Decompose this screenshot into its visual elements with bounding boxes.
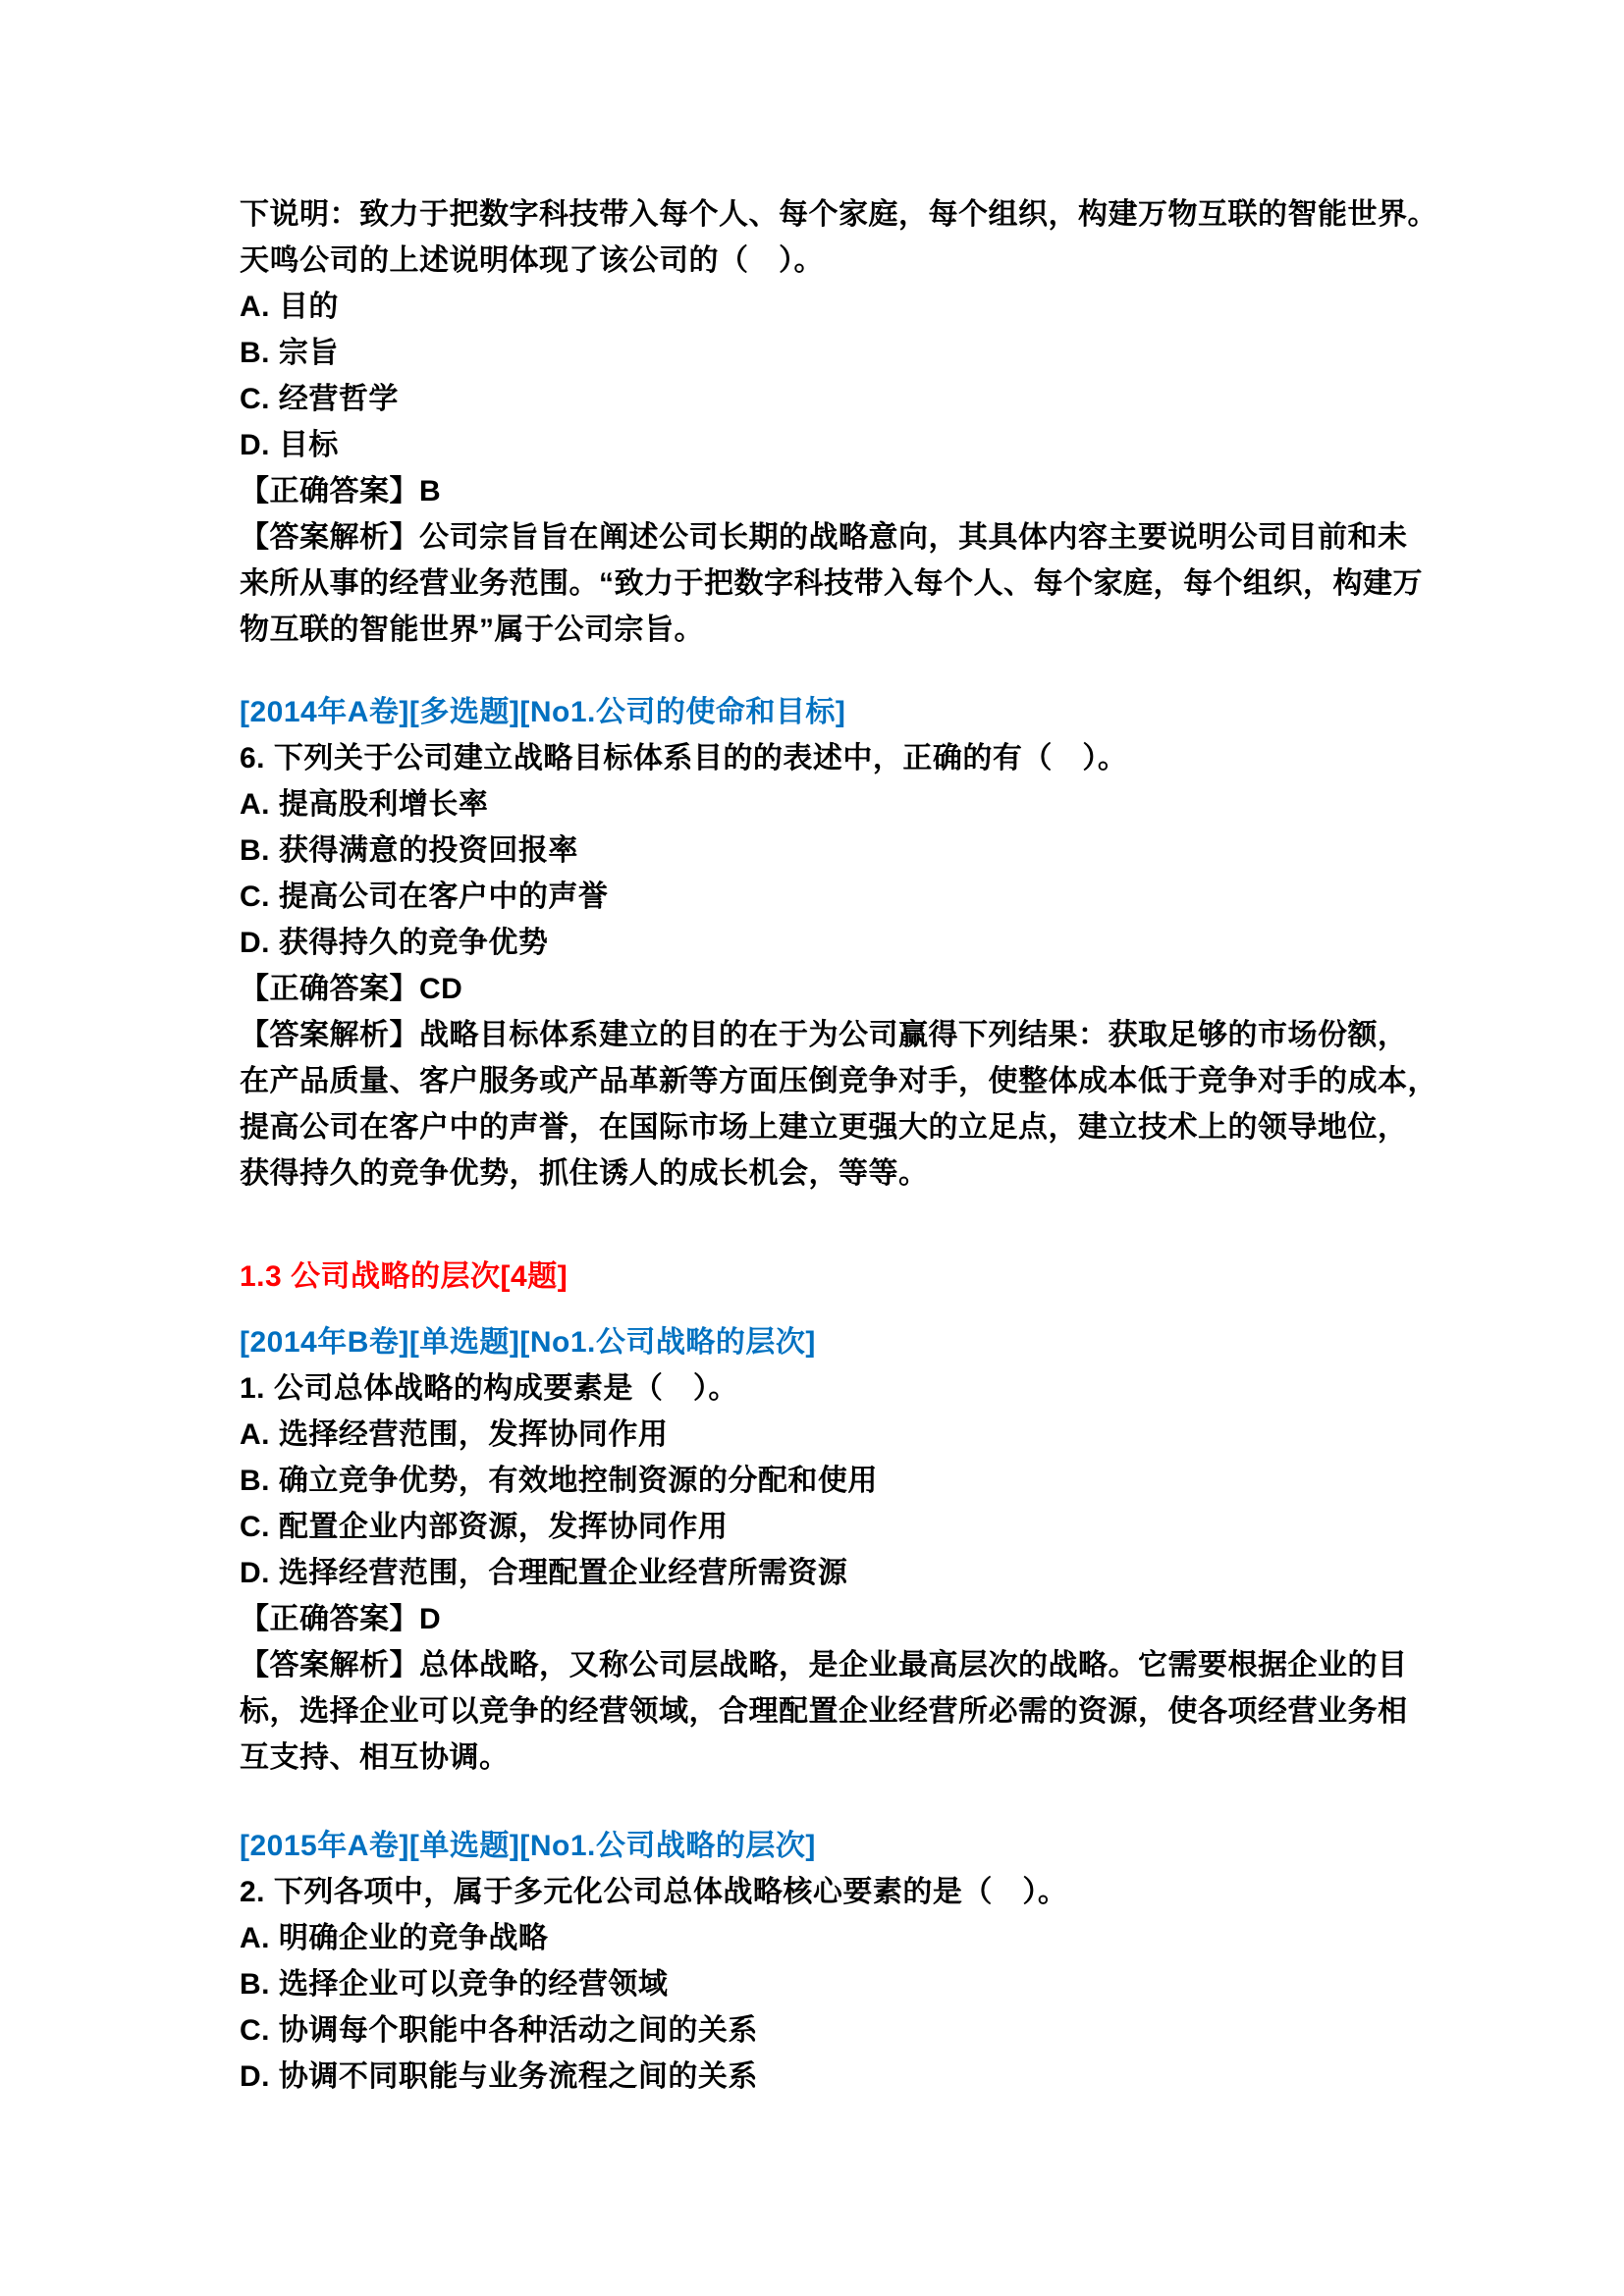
q1-analysis: 【答案解析】总体战略，又称公司层战略，是企业最高层次的战略。它需要根据企业的目标… xyxy=(240,1642,1565,1781)
q6-stem-text: 6. 下列关于公司建立战略目标体系目的的表述中，正确的有（ ）。 xyxy=(240,735,1565,781)
tag-header-2014B: [2014年B卷][单选题][No1.公司战略的层次] xyxy=(240,1319,1565,1365)
q5-stem-continuation-line-2: 天鸣公司的上述说明体现了该公司的（ ）。 xyxy=(240,238,1565,284)
q5-stem-continuation: 下说明：致力于把数字科技带入每个人、每个家庭，每个组织，构建万物互联的智能世界。… xyxy=(240,191,1565,284)
q2-options-line-1: A. 明确企业的竞争战略 xyxy=(240,1915,1565,1961)
q1-answer-text: 【正确答案】D xyxy=(240,1596,1565,1642)
q6-analysis-line-1: 【答案解析】战略目标体系建立的目的在于为公司赢得下列结果：获取足够的市场份额， xyxy=(240,1012,1565,1058)
tag-header-2014A-text: [2014年A卷][多选题][No1.公司的使命和目标] xyxy=(240,689,1565,735)
q1-analysis-line-3: 互支持、相互协调。 xyxy=(240,1735,1565,1781)
q2-stem-text: 2. 下列各项中，属于多元化公司总体战略核心要素的是（ ）。 xyxy=(240,1869,1565,1915)
q1-options-line-1: A. 选择经营范围，发挥协同作用 xyxy=(240,1412,1565,1458)
q2-options-line-4: D. 协调不同职能与业务流程之间的关系 xyxy=(240,2054,1565,2100)
q6-analysis-line-2: 在产品质量、客户服务或产品革新等方面压倒竞争对手，使整体成本低于竞争对手的成本， xyxy=(240,1058,1565,1104)
q6-options-line-4: D. 获得持久的竞争优势 xyxy=(240,920,1565,966)
tag-header-2015A: [2015年A卷][单选题][No1.公司战略的层次] xyxy=(240,1823,1565,1869)
q1-answer: 【正确答案】D xyxy=(240,1596,1565,1642)
q6-analysis-line-3: 提高公司在客户中的声誉，在国际市场上建立更强大的立足点，建立技术上的领导地位， xyxy=(240,1104,1565,1150)
q1-options-line-2: B. 确立竞争优势，有效地控制资源的分配和使用 xyxy=(240,1458,1565,1504)
q6-analysis-line-4: 获得持久的竞争优势，抓住诱人的成长机会，等等。 xyxy=(240,1150,1565,1197)
q1-stem-text: 1. 公司总体战略的构成要素是（ ）。 xyxy=(240,1365,1565,1412)
q1-options-line-4: D. 选择经营范围，合理配置企业经营所需资源 xyxy=(240,1550,1565,1596)
q5-options-line-3: C. 经营哲学 xyxy=(240,376,1565,422)
tag-header-2014A: [2014年A卷][多选题][No1.公司的使命和目标] xyxy=(240,689,1565,735)
q6-options-line-3: C. 提高公司在客户中的声誉 xyxy=(240,874,1565,920)
q5-options: A. 目的B. 宗旨C. 经营哲学D. 目标 xyxy=(240,284,1565,468)
tag-header-2015A-text: [2015年A卷][单选题][No1.公司战略的层次] xyxy=(240,1823,1565,1869)
document-page: 下说明：致力于把数字科技带入每个人、每个家庭，每个组织，构建万物互联的智能世界。… xyxy=(0,0,1624,2296)
q6-options: A. 提高股利增长率B. 获得满意的投资回报率C. 提高公司在客户中的声誉D. … xyxy=(240,781,1565,966)
tag-header-2014B-text: [2014年B卷][单选题][No1.公司战略的层次] xyxy=(240,1319,1565,1365)
q5-analysis-line-2: 来所从事的经营业务范围。“致力于把数字科技带入每个人、每个家庭，每个组织，构建万 xyxy=(240,561,1565,607)
q6-analysis: 【答案解析】战略目标体系建立的目的在于为公司赢得下列结果：获取足够的市场份额，在… xyxy=(240,1012,1565,1197)
q6-options-line-1: A. 提高股利增长率 xyxy=(240,781,1565,828)
q1-options: A. 选择经营范围，发挥协同作用B. 确立竞争优势，有效地控制资源的分配和使用C… xyxy=(240,1412,1565,1596)
q2-options-line-2: B. 选择企业可以竞争的经营领域 xyxy=(240,1961,1565,2007)
q5-analysis-line-1: 【答案解析】公司宗旨旨在阐述公司长期的战略意向，其具体内容主要说明公司目前和未 xyxy=(240,514,1565,561)
q2-options: A. 明确企业的竞争战略B. 选择企业可以竞争的经营领域C. 协调每个职能中各种… xyxy=(240,1915,1565,2100)
q5-options-line-1: A. 目的 xyxy=(240,284,1565,330)
q6-answer: 【正确答案】CD xyxy=(240,966,1565,1012)
q5-options-line-4: D. 目标 xyxy=(240,422,1565,468)
q6-stem: 6. 下列关于公司建立战略目标体系目的的表述中，正确的有（ ）。 xyxy=(240,735,1565,781)
q6-answer-text: 【正确答案】CD xyxy=(240,966,1565,1012)
section-heading-1-3-text: 1.3 公司战略的层次[4题] xyxy=(240,1254,1565,1300)
document-content: 下说明：致力于把数字科技带入每个人、每个家庭，每个组织，构建万物互联的智能世界。… xyxy=(0,0,1624,2100)
section-heading-1-3: 1.3 公司战略的层次[4题] xyxy=(240,1254,1565,1300)
q5-answer: 【正确答案】B xyxy=(240,468,1565,514)
q2-stem: 2. 下列各项中，属于多元化公司总体战略核心要素的是（ ）。 xyxy=(240,1869,1565,1915)
q2-options-line-3: C. 协调每个职能中各种活动之间的关系 xyxy=(240,2007,1565,2054)
q1-stem: 1. 公司总体战略的构成要素是（ ）。 xyxy=(240,1365,1565,1412)
q6-options-line-2: B. 获得满意的投资回报率 xyxy=(240,828,1565,874)
q5-analysis: 【答案解析】公司宗旨旨在阐述公司长期的战略意向，其具体内容主要说明公司目前和未来… xyxy=(240,514,1565,653)
q5-answer-text: 【正确答案】B xyxy=(240,468,1565,514)
q5-analysis-line-3: 物互联的智能世界”属于公司宗旨。 xyxy=(240,607,1565,653)
q5-options-line-2: B. 宗旨 xyxy=(240,330,1565,376)
q1-analysis-line-2: 标，选择企业可以竞争的经营领域，合理配置企业经营所必需的资源，使各项经营业务相 xyxy=(240,1688,1565,1735)
q1-analysis-line-1: 【答案解析】总体战略，又称公司层战略，是企业最高层次的战略。它需要根据企业的目 xyxy=(240,1642,1565,1688)
q5-stem-continuation-line-1: 下说明：致力于把数字科技带入每个人、每个家庭，每个组织，构建万物互联的智能世界。 xyxy=(240,191,1565,238)
q1-options-line-3: C. 配置企业内部资源，发挥协同作用 xyxy=(240,1504,1565,1550)
